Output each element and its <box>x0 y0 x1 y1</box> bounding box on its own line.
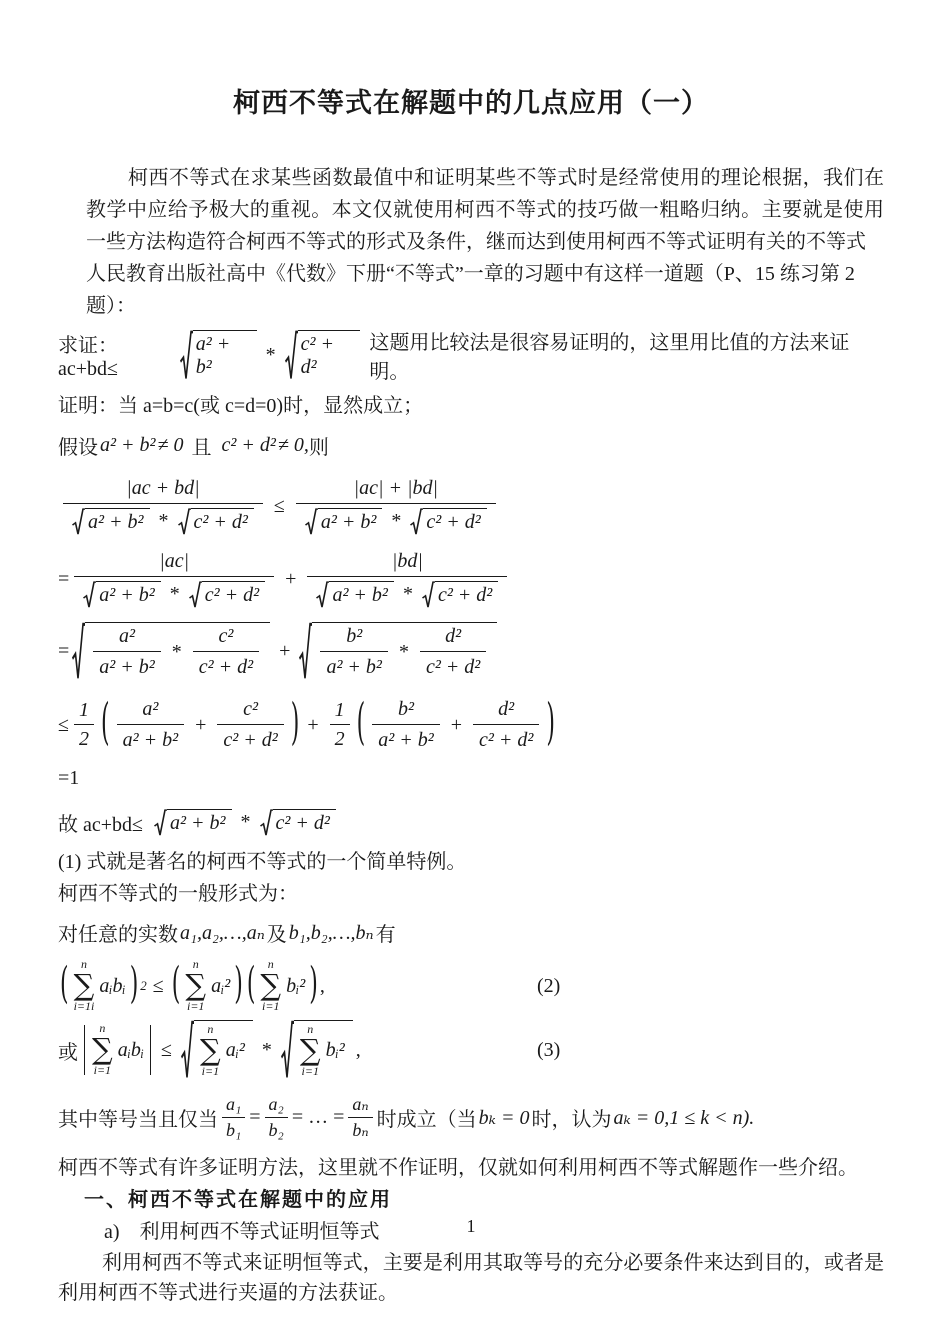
sum-lower-limit: i=1 <box>302 1065 319 1079</box>
comma: , <box>356 1039 361 1062</box>
fraction: |ac| a² + b² * c² + d² <box>74 550 274 608</box>
fraction-anbn: aₙ bₙ <box>348 1094 372 1141</box>
sigma-icon: ∑ <box>185 972 206 1000</box>
eq-op: = <box>58 568 69 591</box>
denominator: a² + b² * c² + d² <box>307 577 507 608</box>
sum-lower-limit: i=1 <box>202 1065 219 1079</box>
summand: aᵢ² <box>226 1039 245 1062</box>
line-forall: 对任意的实数 a₁,a₂,…,aₙ 及 b₁,b₂,…,bₙ 有 <box>58 914 884 950</box>
sum-lower-limit: i=1i <box>74 1000 95 1014</box>
radical-icon <box>181 1020 194 1079</box>
fraction: c² c² + d² <box>193 625 259 679</box>
star-op: * <box>241 811 251 834</box>
star-op: * <box>159 510 169 533</box>
numerator: a₁ <box>222 1094 245 1117</box>
qiuzheng-suffix: 这题用比较法是很容易证明的，这里用比值的方法来证明。 <box>369 326 884 384</box>
comma: , <box>320 975 325 998</box>
denominator: c² + d² <box>193 652 259 679</box>
radical-icon <box>305 508 318 535</box>
fraction: b² a² + b² <box>372 698 440 752</box>
gu-prefix: 故 ac+bd≤ <box>58 808 143 837</box>
radicand: b² a² + b² * d² c² + d² <box>312 622 497 680</box>
sum-lower-limit: i=1 <box>262 1000 279 1014</box>
fraction: |ac| + |bd| a² + b² * c² + d² <box>296 477 496 535</box>
radical-icon <box>260 809 273 836</box>
summation: n ∑ i=1 <box>300 1023 321 1078</box>
plus-op: + <box>279 640 290 663</box>
numerator: a² <box>133 698 167 724</box>
summation: n ∑ i=1 <box>92 1022 113 1077</box>
radicand: a² + b² <box>85 508 150 535</box>
formula-conclusion: 故 ac+bd≤ a² + b² * c² + d² <box>58 800 884 844</box>
leq-op: ≤ <box>274 495 285 518</box>
radical-icon <box>178 508 191 535</box>
summand: bᵢ² <box>326 1039 345 1062</box>
fraction: |bd| a² + b² * c² + d² <box>307 550 507 608</box>
open-paren: ( <box>247 965 256 1008</box>
summand: aᵢbᵢ <box>118 1039 144 1062</box>
fraction-half: 1 2 <box>330 699 350 751</box>
radical-icon <box>299 622 312 680</box>
summation: n ∑ i=1 <box>200 1023 221 1078</box>
star-op: * <box>391 510 401 533</box>
summand: aᵢ² <box>211 975 230 998</box>
radicand: a² a² + b² * c² c² + d² <box>85 622 270 680</box>
radicand: a² + b² <box>329 581 394 608</box>
open-paren: ( <box>357 700 366 750</box>
jiashe-mid: 且 <box>191 431 211 460</box>
plus-op: + <box>285 568 296 591</box>
numerator: c² <box>234 698 267 724</box>
denominator: 2 <box>330 725 350 751</box>
radical-icon <box>72 622 85 680</box>
radicand: a² + b² <box>193 330 257 380</box>
radicand: c² + d² <box>273 809 336 836</box>
jiashe-prefix: 假设 <box>58 431 98 460</box>
radicand: c² + d² <box>298 330 361 380</box>
intro-paragraph: 柯西不等式在求某些函数最值中和证明某些不等式时是经常使用的理论根据，我们在教学中… <box>86 162 884 258</box>
numerator: b² <box>389 698 423 724</box>
sqrt-c2d2: c² + d² <box>285 330 361 380</box>
open-paren: ( <box>101 700 110 750</box>
radicand: a² + b² <box>318 508 383 535</box>
sqrt-group: a² a² + b² * c² c² + d² <box>72 622 270 680</box>
condition-ak: aₖ = 0,1 ≤ k < n). <box>613 1105 754 1130</box>
radicand: c² + d² <box>423 508 486 535</box>
sqrt-a2b2: a² + b² <box>83 581 161 608</box>
fraction-half: 1 2 <box>74 699 94 751</box>
radical-icon <box>154 809 167 836</box>
neq-zero2: ≠ 0, <box>278 434 309 457</box>
fraction-a1b1: a₁ b₁ <box>222 1094 245 1141</box>
summation: n ∑ i=1 <box>185 958 206 1013</box>
sqrt-a2b2: a² + b² <box>305 508 383 535</box>
summand: aᵢbᵢ <box>99 975 125 998</box>
sqrt-c2d2: c² + d² <box>422 581 498 608</box>
condition-prefix: 其中等号当且仅当 <box>58 1103 218 1132</box>
b-sequence: b₁,b₂,…,bₙ <box>289 920 374 945</box>
radical-icon <box>316 581 329 608</box>
plus-op: + <box>195 714 206 737</box>
jiashe-math1: a² + b² <box>100 434 156 457</box>
fraction: c² c² + d² <box>217 698 283 752</box>
line-many-proofs: 柯西不等式有许多证明方法，这里就不作证明，仅就如何利用柯西不等式解题作一些介绍。 <box>58 1152 884 1184</box>
open-paren: ( <box>60 965 69 1008</box>
star-op: * <box>172 641 182 664</box>
sqrt-c2d2: c² + d² <box>260 809 336 836</box>
forall-mid: 及 <box>267 918 287 947</box>
summand: bᵢ² <box>286 975 305 998</box>
fraction: d² c² + d² <box>473 698 539 752</box>
a-sequence: a₁,a₂,…,aₙ <box>180 920 265 945</box>
formula-half-sums: ≤ 1 2 ( a² a² + b² + c² c² + d² ) + 1 <box>58 688 884 762</box>
star-op: * <box>262 1039 272 1062</box>
section-heading: 一、柯西不等式在解题中的应用 <box>84 1184 884 1216</box>
formula-cauchy-3: 或 n ∑ i=1 aᵢbᵢ ≤ n ∑ i=1 aᵢ² <box>58 1020 884 1080</box>
line-equals-one: =1 <box>58 762 884 794</box>
numerator: d² <box>436 625 470 651</box>
sum-lower-limit: i=1 <box>187 1000 204 1014</box>
numerator: a₂ <box>265 1094 288 1117</box>
radical-icon <box>285 330 298 380</box>
fraction-a2b2: a₂ b₂ <box>265 1094 288 1141</box>
page-title: 柯西不等式在解题中的几点应用（一） <box>58 0 884 122</box>
sqrt-c2d2: c² + d² <box>189 581 265 608</box>
forall-suffix: 有 <box>376 918 396 947</box>
sigma-icon: ∑ <box>260 972 281 1000</box>
formula-sqrt-products: = a² a² + b² * c² c² + d² <box>58 618 884 684</box>
fraction: a² a² + b² <box>117 698 185 752</box>
sigma-icon: ∑ <box>200 1037 221 1065</box>
formula-cauchy-2: ( n ∑ i=1i aᵢbᵢ )2 ≤ ( n ∑ i=1 aᵢ² ) ( n… <box>58 956 884 1016</box>
condition-bk: bₖ = 0 <box>479 1105 530 1130</box>
denominator: c² + d² <box>473 725 539 752</box>
denominator: c² + d² <box>420 652 486 679</box>
sqrt-a2b2: a² + b² <box>180 330 257 380</box>
close-paren: ) <box>130 965 139 1008</box>
numerator: b² <box>337 625 371 651</box>
close-paren: ) <box>291 700 300 750</box>
equation-number-2: (2) <box>537 975 560 998</box>
denominator: b₁ <box>222 1118 245 1141</box>
radicand: n ∑ i=1 aᵢ² <box>194 1020 253 1079</box>
dots-eq: = … = <box>292 1106 345 1129</box>
denominator: a² + b² <box>93 652 161 679</box>
condition-mid: 时成立（当 <box>377 1103 477 1132</box>
numerator: aₙ <box>348 1094 372 1117</box>
line-general-form: 柯西不等式的一般形式为： <box>58 878 884 910</box>
page-content: 柯西不等式在解题中的几点应用（一） 柯西不等式在求某些函数最值中和证明某些不等式… <box>0 0 942 1308</box>
numerator: |ac + bd| <box>117 477 208 503</box>
numerator: |ac| <box>150 550 198 576</box>
radical-icon <box>410 508 423 535</box>
formula-ratio-lhs-leq-rhs: |ac + bd| a² + b² * c² + d² ≤ |ac| + |bd… <box>58 470 884 542</box>
radical-icon <box>189 581 202 608</box>
fraction: |ac + bd| a² + b² * c² + d² <box>63 477 263 535</box>
numerator: c² <box>210 625 243 651</box>
denominator: a² + b² * c² + d² <box>63 504 263 535</box>
squared-exponent: 2 <box>140 978 147 994</box>
denominator: a² + b² <box>117 725 185 752</box>
close-paren: ) <box>546 700 555 750</box>
star-op: * <box>170 583 180 606</box>
sqrt-a2b2: a² + b² <box>316 581 394 608</box>
abs-bar <box>84 1025 85 1075</box>
radical-icon <box>422 581 435 608</box>
closing-paragraph: 利用柯西不等式来证明恒等式，主要是利用其取等号的充分必要条件来达到目的，或者是利… <box>58 1248 884 1308</box>
fraction: d² c² + d² <box>420 625 486 679</box>
close-paren: ) <box>309 965 318 1008</box>
radicand: n ∑ i=1 bᵢ² <box>294 1020 353 1079</box>
denominator: a² + b² * c² + d² <box>296 504 496 535</box>
qiuzheng-prefix: 求证：ac+bd≤ <box>58 329 177 381</box>
sum-lower-limit: i=1 <box>94 1064 111 1078</box>
leq-op: ≤ <box>153 975 164 998</box>
open-paren: ( <box>172 965 181 1008</box>
star-op: * <box>399 641 409 664</box>
line-qiuzheng: 求证：ac+bd≤ a² + b² * c² + d² 这题用比较法是很容易证明… <box>58 326 884 384</box>
sigma-icon: ∑ <box>300 1037 321 1065</box>
forall-prefix: 对任意的实数 <box>58 918 178 947</box>
radical-icon <box>180 330 193 380</box>
leq-op: ≤ <box>161 1039 172 1062</box>
numerator: |ac| + |bd| <box>345 477 447 503</box>
eq-op: = <box>249 1106 260 1129</box>
sqrt-c2d2: c² + d² <box>178 508 254 535</box>
sqrt-a2b2: a² + b² <box>72 508 150 535</box>
page-number: 1 <box>0 1216 942 1237</box>
radicand: c² + d² <box>202 581 265 608</box>
summation: n ∑ i=1i <box>74 958 95 1013</box>
denominator: a² + b² <box>372 725 440 752</box>
numerator: |bd| <box>383 550 432 576</box>
fraction: b² a² + b² <box>320 625 388 679</box>
radical-icon <box>83 581 96 608</box>
neq-zero: ≠ 0 <box>158 434 184 457</box>
sigma-icon: ∑ <box>92 1036 113 1064</box>
numerator: 1 <box>74 699 94 724</box>
source-line: 人民教育出版社高中《代数》下册“不等式”一章的习题中有这样一道题（P、15 练习… <box>86 258 884 322</box>
plus-op: + <box>451 714 462 737</box>
radicand: a² + b² <box>96 581 161 608</box>
denominator: bₙ <box>348 1118 372 1141</box>
numerator: d² <box>489 698 523 724</box>
radicand: c² + d² <box>435 581 498 608</box>
line-zhengming: 证明：当 a=b=c(或 c=d=0)时，显然成立； <box>58 390 884 422</box>
jiashe-suffix: 则 <box>309 431 329 460</box>
denominator: 2 <box>74 725 94 751</box>
line-eq1-remark: (1) 式就是著名的柯西不等式的一个简单特例。 <box>58 846 884 878</box>
radicand: c² + d² <box>191 508 254 535</box>
sqrt-sum: n ∑ i=1 aᵢ² <box>181 1020 253 1079</box>
line-equality-condition: 其中等号当且仅当 a₁ b₁ = a₂ b₂ = … = aₙ bₙ 时成立（当… <box>58 1090 884 1144</box>
denominator: b₂ <box>265 1118 288 1141</box>
summation: n ∑ i=1 <box>260 958 281 1013</box>
denominator: c² + d² <box>217 725 283 752</box>
formula-split-abs: = |ac| a² + b² * c² + d² + <box>58 544 884 614</box>
fraction: a² a² + b² <box>93 625 161 679</box>
plus-op: + <box>307 714 318 737</box>
denominator: a² + b² * c² + d² <box>74 577 274 608</box>
star-op: * <box>403 583 413 606</box>
sigma-icon: ∑ <box>74 972 95 1000</box>
close-paren: ) <box>234 965 243 1008</box>
sqrt-a2b2: a² + b² <box>154 809 232 836</box>
star-op: * <box>266 344 276 367</box>
document-page: 柯西不等式在解题中的几点应用（一） 柯西不等式在求某些函数最值中和证明某些不等式… <box>0 0 942 1332</box>
abs-bar <box>150 1025 151 1075</box>
line-jiashe: 假设 a² + b² ≠ 0 且 c² + d² ≠ 0, 则 <box>58 428 884 462</box>
numerator: a² <box>110 625 144 651</box>
radical-icon <box>281 1020 294 1079</box>
condition-mid2: 时，认为 <box>531 1103 611 1132</box>
leq-op: ≤ <box>58 714 69 737</box>
huo-prefix: 或 <box>58 1036 78 1065</box>
sqrt-sum: n ∑ i=1 bᵢ² <box>281 1020 353 1079</box>
eq-op: = <box>58 640 69 663</box>
equation-number-3: (3) <box>537 1039 560 1062</box>
radicand: a² + b² <box>167 809 232 836</box>
denominator: a² + b² <box>320 652 388 679</box>
sqrt-c2d2: c² + d² <box>410 508 486 535</box>
numerator: 1 <box>330 699 350 724</box>
sqrt-group: b² a² + b² * d² c² + d² <box>299 622 497 680</box>
jiashe-math2: c² + d² <box>221 434 275 457</box>
radical-icon <box>72 508 85 535</box>
